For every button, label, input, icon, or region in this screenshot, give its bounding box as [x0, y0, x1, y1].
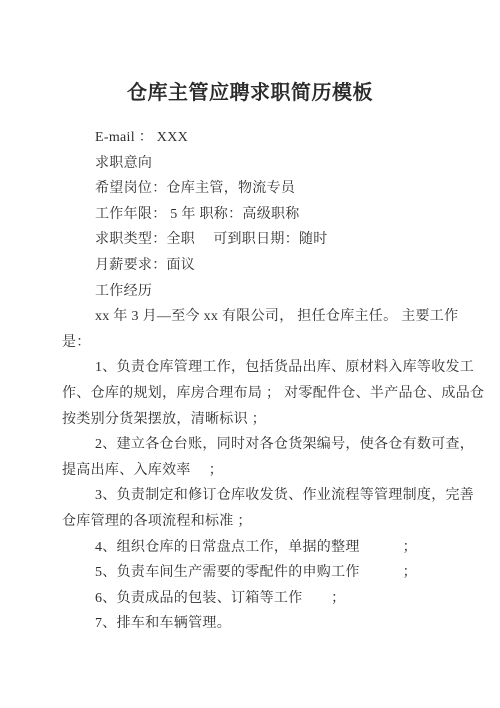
document-line: 求职意向 [62, 151, 464, 177]
document-line: 2、建立各仓台账，同时对各仓货架编号，使各仓有数可查， [62, 432, 464, 458]
document-line: 5、负责车间生产需要的零配件的申购工作 ； [62, 560, 464, 586]
document-line: 求职类型：全职 可到职日期：随时 [62, 227, 464, 253]
document-line: 希望岗位：仓库主管，物流专员 [62, 176, 464, 202]
document-line: 按类别分货架摆放，清晰标识 ； [62, 407, 464, 433]
document-line: 6、负责成品的包装、订箱等工作 ； [62, 586, 464, 612]
document-line: 4、组织仓库的日常盘点工作，单据的整理 ； [62, 535, 464, 561]
document-line: 工作经历 [62, 279, 464, 305]
document-line: E-mail ： XXX [62, 125, 464, 151]
document-line: 提高出库、入库效率 ； [62, 458, 464, 484]
document-line: 是： [62, 330, 464, 356]
document-line: 7、排车和车辆管理。 [62, 611, 464, 637]
document-body: E-mail ： XXX求职意向希望岗位：仓库主管，物流专员工作年限： 5 年 … [62, 125, 464, 637]
document-line: 1、负责仓库管理工作，包括货品出库、原材料入库等收发工 [62, 355, 464, 381]
document-title: 仓库主管应聘求职简历模板 [0, 79, 500, 107]
document-page: 仓库主管应聘求职简历模板 E-mail ： XXX求职意向希望岗位：仓库主管，物… [0, 0, 500, 708]
document-line: 仓库管理的各项流程和标准 ； [62, 509, 464, 535]
document-line: 作、仓库的规划，库房合理布局 ； 对零配件仓、半产品仓、成品仓 [62, 381, 464, 407]
document-line: 3、负责制定和修订仓库收发货、作业流程等管理制度，完善 [62, 483, 464, 509]
document-line: 月薪要求：面议 [62, 253, 464, 279]
document-line: xx 年 3 月—至今 xx 有限公司， 担任仓库主任。 主要工作 [62, 304, 464, 330]
document-line: 工作年限： 5 年 职称：高级职称 [62, 202, 464, 228]
